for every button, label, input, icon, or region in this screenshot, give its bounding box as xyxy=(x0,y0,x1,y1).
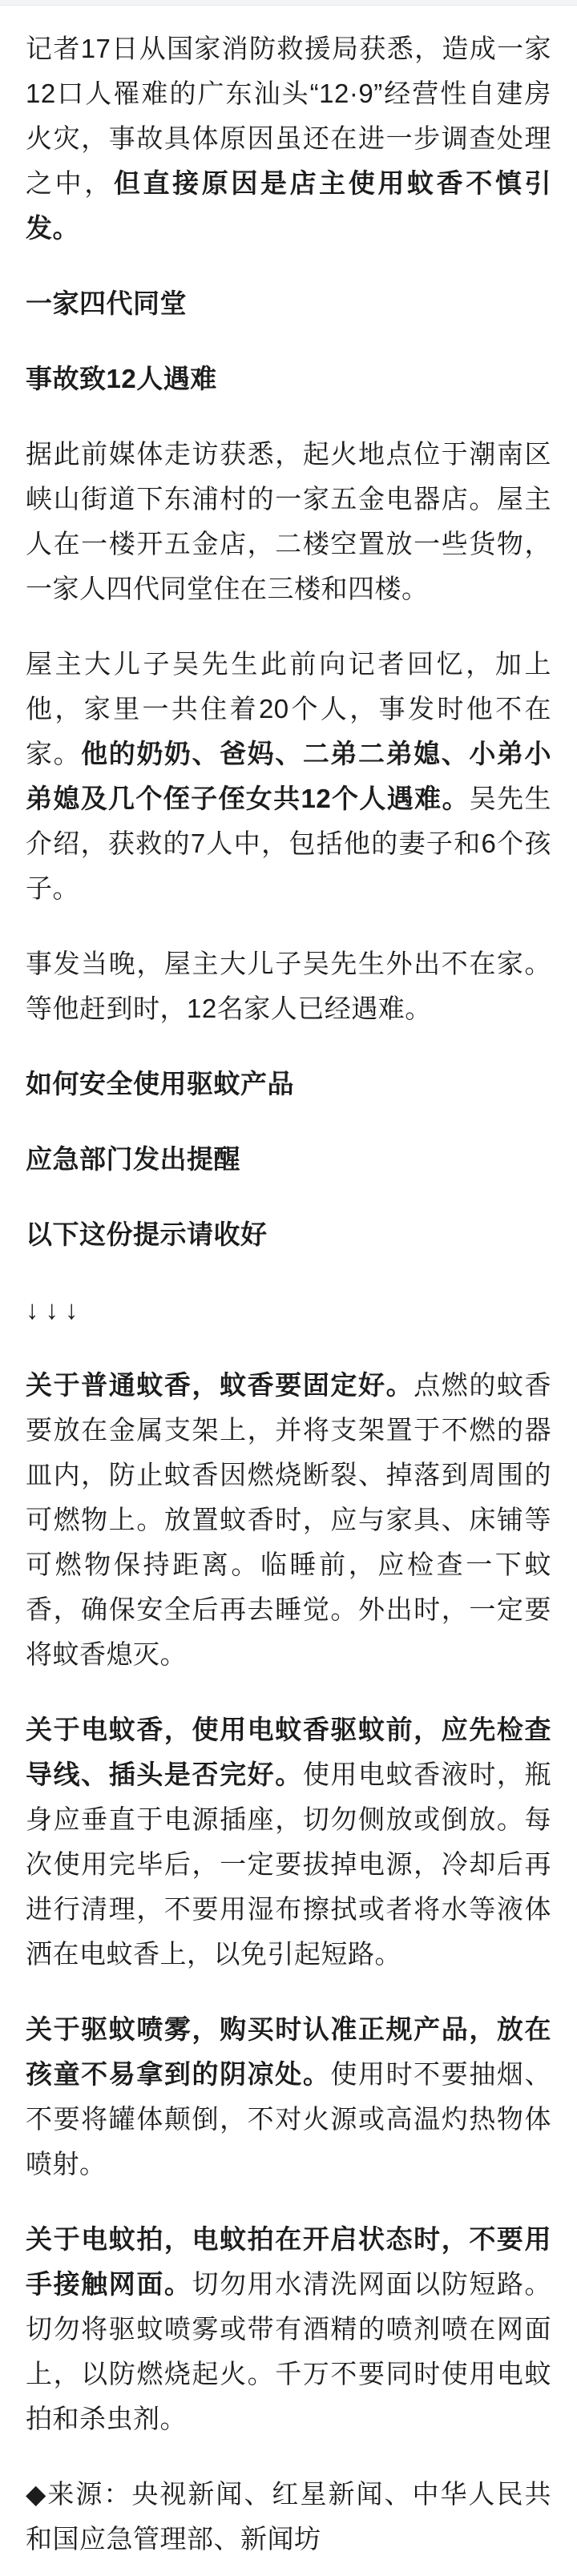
source-line: ◆来源：央视新闻、红星新闻、中华人民共和国应急管理部、新闻坊 xyxy=(26,2472,551,2562)
body-text: 事发当晚，屋主大儿子吴先生外出不在家。等他赶到时，12名家人已经遇难。 xyxy=(26,949,551,1023)
paragraph: 据此前媒体走访获悉，起火地点位于潮南区峡山街道下东浦村的一家五金电器店。屋主人在… xyxy=(26,432,551,611)
section-heading: 如何安全使用驱蚊产品 xyxy=(26,1062,551,1107)
article-body: 记者17日从国家消防救援局获悉，造成一家12口人罹难的广东汕头“12·9”经营性… xyxy=(0,6,577,2573)
body-text: 点燃的蚊香要放在金属支架上，并将支架置于不燃的器皿内，防止蚊香因燃烧断裂、掉落到… xyxy=(26,1370,551,1669)
bold-text: 关于普通蚊香，蚊香要固定好。 xyxy=(26,1370,414,1400)
body-text: 使用电蚊香液时，瓶身应垂直于电源插座，切勿侧放或倒放。每次使用完毕后，一定要拔掉… xyxy=(26,1760,551,1969)
paragraph: 关于普通蚊香，蚊香要固定好。点燃的蚊香要放在金属支架上，并将支架置于不燃的器皿内… xyxy=(26,1363,551,1677)
section-heading: 一家四代同堂 xyxy=(26,281,551,326)
bold-text: 应急部门发出提醒 xyxy=(26,1144,240,1174)
bold-text: 事故致12人遇难 xyxy=(26,364,217,393)
arrows-indicator: ↓↓↓ xyxy=(26,1288,551,1332)
bold-text: 一家四代同堂 xyxy=(26,288,187,318)
paragraph: 屋主大儿子吴先生此前向记者回忆，加上他，家里一共住着20个人，事发时他不在家。他… xyxy=(26,642,551,911)
paragraph: 记者17日从国家消防救援局获悉，造成一家12口人罹难的广东汕头“12·9”经营性… xyxy=(26,26,551,251)
body-text: ↓↓↓ xyxy=(26,1295,85,1324)
article: 记者17日从国家消防救援局获悉，造成一家12口人罹难的广东汕头“12·9”经营性… xyxy=(0,6,577,2573)
section-heading: 以下这份提示请收好 xyxy=(26,1212,551,1257)
bold-text: 以下这份提示请收好 xyxy=(26,1219,268,1249)
top-divider xyxy=(0,0,577,6)
section-heading: 事故致12人遇难 xyxy=(26,357,551,401)
paragraph: 关于电蚊香，使用电蚊香驱蚊前，应先检查导线、插头是否完好。使用电蚊香液时，瓶身应… xyxy=(26,1707,551,1977)
paragraph: 关于电蚊拍，电蚊拍在开启状态时，不要用手接触网面。切勿用水清洗网面以防短路。切勿… xyxy=(26,2217,551,2441)
paragraph: 事发当晚，屋主大儿子吴先生外出不在家。等他赶到时，12名家人已经遇难。 xyxy=(26,941,551,1031)
bold-text: 如何安全使用驱蚊产品 xyxy=(26,1069,294,1099)
paragraph: 关于驱蚊喷雾，购买时认准正规产品，放在孩童不易拿到的阴凉处。使用时不要抽烟、不要… xyxy=(26,2007,551,2187)
body-text: 据此前媒体走访获悉，起火地点位于潮南区峡山街道下东浦村的一家五金电器店。屋主人在… xyxy=(26,439,551,603)
body-text: ◆来源：央视新闻、红星新闻、中华人民共和国应急管理部、新闻坊 xyxy=(26,2479,551,2554)
section-heading: 应急部门发出提醒 xyxy=(26,1137,551,1182)
